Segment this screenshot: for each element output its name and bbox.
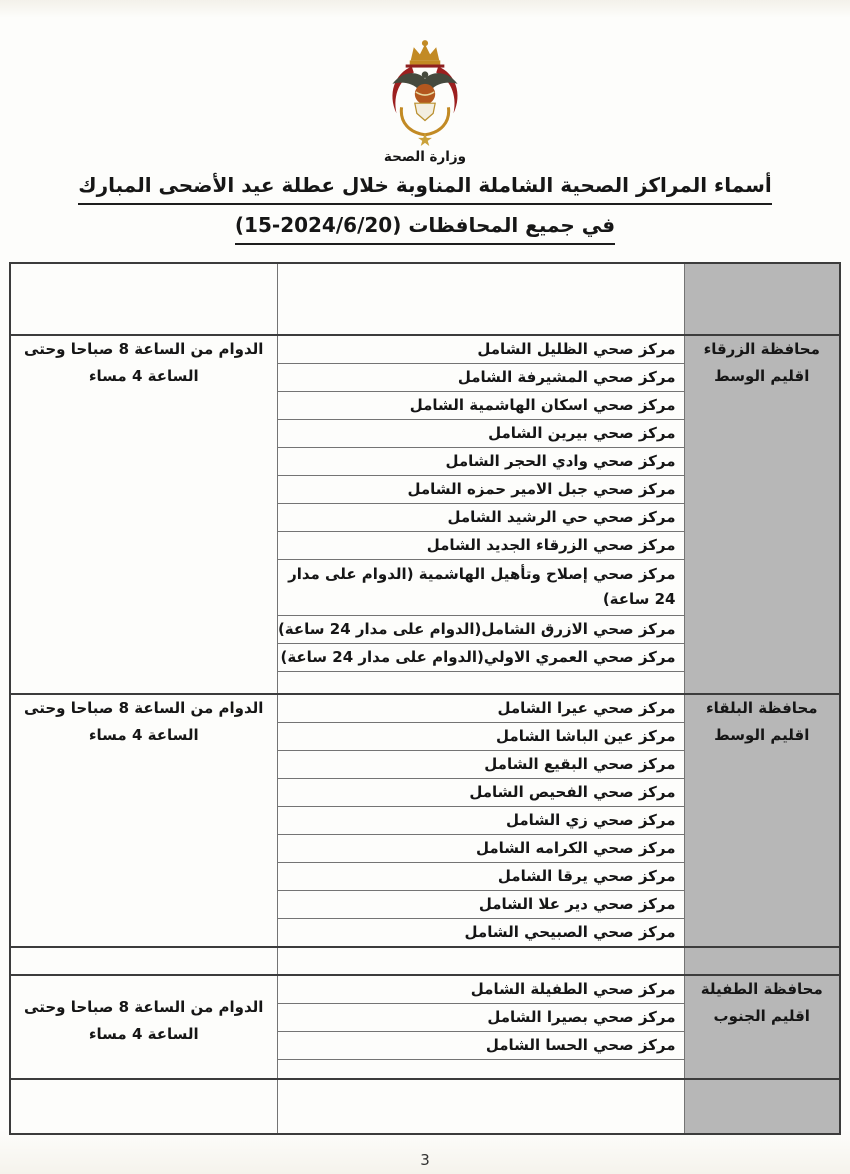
shield-icon (415, 103, 435, 120)
center-row: مركز صحي الظليل الشامل (278, 336, 684, 364)
governorate-cell: محافظة البلقاء اقليم الوسط (684, 694, 840, 947)
governorate-block-tafileh: محافظة الطفيلة اقليم الجنوب مركز صحي الط… (10, 975, 840, 1079)
center-row: مركز صحي وادي الحجر الشامل (278, 448, 684, 476)
empty-header-row (10, 263, 840, 335)
center-row: مركز صحي يرقا الشامل (278, 863, 684, 891)
governorate-cell: محافظة الزرقاء اقليم الوسط (684, 335, 840, 694)
page-number: 3 (0, 1151, 850, 1169)
governorate-cell: محافظة الطفيلة اقليم الجنوب (684, 975, 840, 1079)
empty-separator-row (10, 947, 840, 975)
centers-cell (277, 947, 684, 975)
center-row: مركز صحي البقيع الشامل (278, 751, 684, 779)
governorate-name: محافظة الطفيلة (685, 976, 840, 1003)
center-row: مركز عين الباشا الشامل (278, 723, 684, 751)
governorate-header-cell (684, 263, 840, 335)
center-row: مركز صحي الفحيص الشامل (278, 779, 684, 807)
empty-center-row (278, 672, 684, 693)
hours-cell (10, 1079, 277, 1134)
center-row: مركز صحي الطفيلة الشامل (278, 976, 684, 1004)
document-title-line1: أسماء المراكز الصحية الشاملة المناوبة خل… (0, 170, 850, 205)
center-row: مركز صحي الحسا الشامل (278, 1032, 684, 1060)
hours-cell: الدوام من الساعة 8 صباحا وحتى الساعة 4 م… (10, 335, 277, 694)
governorate-block-zarqa: محافظة الزرقاء اقليم الوسط مركز صحي الظل… (10, 335, 840, 694)
centers-cell: مركز صحي الطفيلة الشامل مركز صحي بصيرا ا… (277, 975, 684, 1079)
center-row: مركز صحي حي الرشيد الشامل (278, 504, 684, 532)
hours-cell: الدوام من الساعة 8 صباحا وحتى الساعة 4 م… (10, 694, 277, 947)
centers-header-cell (277, 263, 684, 335)
document-header: وزارة الصحة أسماء المراكز الصحية الشاملة… (0, 0, 850, 245)
governorate-name: محافظة البلقاء (685, 695, 840, 722)
centers-cell (277, 1079, 684, 1134)
working-hours-text: الدوام من الساعة 8 صباحا وحتى الساعة 4 م… (11, 695, 277, 749)
centers-cell: مركز صحي الظليل الشامل مركز صحي المشيرفة… (277, 335, 684, 694)
empty-center-row (278, 1060, 684, 1078)
crown-icon (410, 40, 441, 64)
center-row: مركز صحي المشيرفة الشامل (278, 364, 684, 392)
hours-header-cell (10, 263, 277, 335)
document-title-line2: في جميع المحافظات (2024/6/20-15) (0, 210, 850, 245)
ministry-name: وزارة الصحة (0, 149, 850, 165)
governorate-cell (684, 947, 840, 975)
center-row: مركز صحي جبل الامير حمزه الشامل (278, 476, 684, 504)
governorate-region: اقليم الوسط (685, 722, 840, 749)
governorate-region: اقليم الجنوب (685, 1003, 840, 1030)
center-row: مركز صحي الزرقاء الجديد الشامل (278, 532, 684, 560)
center-row: مركز صحي بصيرا الشامل (278, 1004, 684, 1032)
center-row: مركز صحي عيرا الشامل (278, 695, 684, 723)
governorate-block-balqa: محافظة البلقاء اقليم الوسط مركز صحي عيرا… (10, 694, 840, 947)
center-row: مركز صحي إصلاح وتأهيل الهاشمية (الدوام ع… (278, 560, 684, 616)
center-row: مركز صحي اسكان الهاشمية الشامل (278, 392, 684, 420)
governorate-cell (684, 1079, 840, 1134)
working-hours-text: الدوام من الساعة 8 صباحا وحتى الساعة 4 م… (11, 336, 277, 390)
centers-cell: مركز صحي عيرا الشامل مركز عين الباشا الش… (277, 694, 684, 947)
health-centers-schedule-table: محافظة الزرقاء اقليم الوسط مركز صحي الظل… (9, 262, 841, 1135)
hours-cell: الدوام من الساعة 8 صباحا وحتى الساعة 4 م… (10, 975, 277, 1079)
center-row: مركز صحي الصبيحي الشامل (278, 919, 684, 946)
working-hours-text: الدوام من الساعة 8 صباحا وحتى الساعة 4 م… (11, 994, 277, 1048)
center-row: مركز صحي دير علا الشامل (278, 891, 684, 919)
jordan-coat-of-arms-logo (373, 36, 477, 148)
governorate-name: محافظة الزرقاء (685, 336, 840, 363)
center-row: مركز صحي زي الشامل (278, 807, 684, 835)
scanned-document-page: { "document": { "ministry": "وزارة الصحة… (0, 0, 850, 1174)
empty-footer-row (10, 1079, 840, 1134)
center-row: مركز صحي الازرق الشامل(الدوام على مدار 2… (278, 616, 684, 644)
governorate-region: اقليم الوسط (685, 363, 840, 390)
hours-cell (10, 947, 277, 975)
center-row: مركز صحي العمري الاولي(الدوام على مدار 2… (278, 644, 684, 672)
center-row: مركز صحي الكرامه الشامل (278, 835, 684, 863)
center-row: مركز صحي بيرين الشامل (278, 420, 684, 448)
